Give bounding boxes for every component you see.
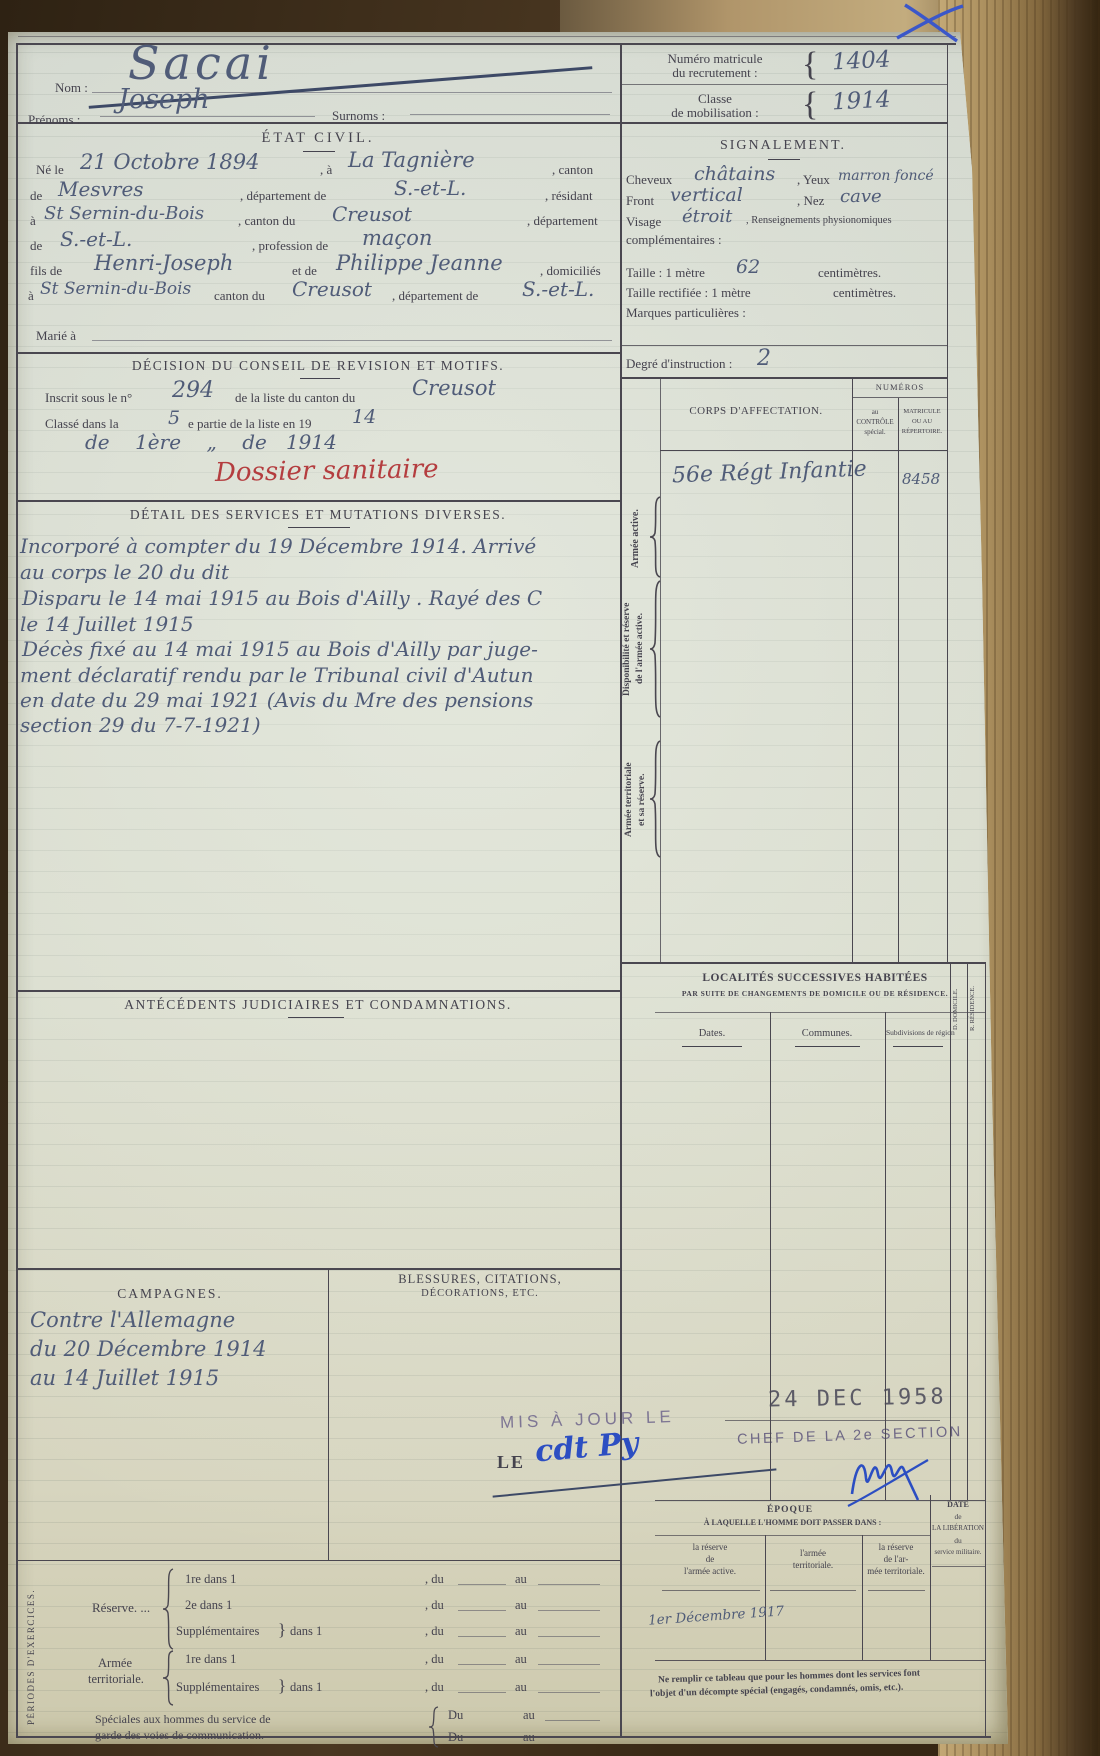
communes-underline	[795, 1046, 860, 1047]
antecedents-top-rule	[16, 990, 620, 992]
corps-affectation-header: CORPS D'AFFECTATION.	[662, 405, 850, 417]
complementaires-label: complémentaires :	[626, 232, 722, 248]
corps-table-top-rule	[621, 377, 947, 379]
epoque-date-divider	[930, 1495, 931, 1660]
speciales-row-1-au: au	[523, 1708, 535, 1723]
epoque-date-header-5: service militaire.	[932, 1548, 984, 1556]
localites-col-divider-3	[950, 962, 951, 1500]
prenoms-baseline	[100, 116, 315, 117]
birth-place-value: La Tagnière	[348, 148, 475, 172]
localites-title: LOCALITÉS SUCCESSIVES HABITÉES	[660, 972, 970, 984]
reserve-brace	[162, 1568, 175, 1650]
au-baseline	[538, 1636, 600, 1637]
marques-label: Marques particulières :	[626, 305, 746, 321]
antecedents-underline	[288, 1017, 344, 1018]
yeux-label: , Yeux	[797, 172, 830, 188]
territoriale-group-brace	[162, 1650, 175, 1706]
numeros-header-rule	[852, 397, 947, 398]
numeros-header: NUMÉROS	[854, 382, 946, 392]
territoriale-brace	[648, 740, 662, 858]
services-line: ment déclaratif rendu par le Tribunal ci…	[20, 663, 533, 687]
reserve-row-1: 1re dans 1	[185, 1572, 236, 1587]
epoque-col2-rule	[770, 1590, 856, 1591]
etat-civil-underline	[303, 151, 335, 152]
du-baseline	[458, 1636, 506, 1637]
epoque-col3-l2: de l'ar-	[864, 1554, 928, 1564]
disponibilite-rot-label-2: de l'armée active.	[635, 575, 645, 723]
campagnes-top-rule	[16, 1268, 620, 1270]
reserve-row-3-brace: }	[278, 1620, 286, 1640]
departement-label-2: , département	[527, 213, 598, 229]
residence-departement-value: S.-et-L.	[60, 227, 132, 251]
classe-value: 1914	[831, 86, 891, 115]
du-baseline	[458, 1692, 506, 1693]
epoque-date-header-4: du	[932, 1536, 984, 1545]
corps-header-bottom-rule	[660, 450, 947, 451]
decision-title: DÉCISION DU CONSEIL DE REVISION ET MOTIF…	[38, 358, 598, 374]
cheveux-label: Cheveux	[626, 172, 672, 188]
reserve-group-label: Réserve. ...	[92, 1600, 150, 1616]
domicile-rot-label: D. DOMICILE.	[952, 966, 959, 1052]
blessures-title-2: DÉCORATIONS, ETC.	[350, 1288, 610, 1299]
au-baseline	[538, 1692, 600, 1693]
epoque-date-header-1: DATE	[932, 1500, 984, 1509]
departement-parents-value: S.-et-L.	[522, 277, 594, 301]
campagnes-blessures-divider	[328, 1268, 329, 1560]
fils-de-label: fils de	[30, 263, 62, 279]
classe-annee-value: 14	[352, 406, 376, 428]
inscrit-canton-value: Creusot	[412, 376, 496, 400]
epoque-col3-rule	[868, 1590, 925, 1591]
au-baseline	[538, 1610, 600, 1611]
territoriale-row-1: 1re dans 1	[185, 1652, 236, 1667]
nom-label: Nom :	[55, 80, 88, 96]
services-underline	[288, 527, 350, 528]
localites-header-rule	[655, 1012, 985, 1013]
antecedents-title: ANTÉCÉDENTS JUDICIAIRES ET CONDAMNATIONS…	[38, 997, 598, 1013]
speciales-row-2-du: Du	[448, 1730, 463, 1745]
surnoms-baseline	[410, 114, 610, 115]
a-label-2: à	[30, 213, 36, 229]
territoriale-row-2-au: au	[515, 1680, 527, 1695]
taille-label: Taille : 1 mètre	[626, 265, 705, 281]
reserve-row-2-du: , du	[425, 1598, 444, 1613]
epoque-col3-l1: la réserve	[864, 1542, 928, 1552]
speciales-row-1-du: Du	[448, 1708, 463, 1723]
armee-active-brace	[648, 496, 662, 578]
disponibilite-brace	[648, 580, 662, 718]
centimetres-label-2: centimètres.	[833, 285, 896, 301]
epoque-col-divider-2	[862, 1535, 863, 1660]
inscrit-numero-value: 294	[172, 378, 214, 403]
degre-value: 2	[757, 346, 771, 371]
numeros-split-divider	[898, 398, 899, 962]
a-label-1: , à	[320, 162, 332, 178]
territoriale-row-2-du: , du	[425, 1680, 444, 1695]
nez-value: cave	[840, 186, 882, 207]
du-baseline	[458, 1664, 506, 1665]
au-baseline	[545, 1720, 600, 1721]
localites-col-divider-1	[770, 1012, 771, 1500]
le-label: LE	[497, 1452, 525, 1473]
classe-partie-value: 5	[168, 407, 180, 429]
territoriale-group-label-2: territoriale.	[88, 1672, 144, 1687]
domicile-parents-value: St Sernin-du-Bois	[40, 279, 191, 299]
matricule-brace: {	[802, 46, 818, 84]
territoriale-row-1-au: au	[515, 1652, 527, 1667]
epoque-header-top-rule	[655, 1535, 930, 1536]
ne-le-label: Né le	[36, 162, 64, 178]
canton-parents-value: Creusot	[292, 277, 372, 301]
inscrit-suite-label: de la liste du canton du	[235, 390, 355, 406]
epoque-col1-l2: de	[660, 1554, 760, 1564]
au-baseline	[538, 1584, 600, 1585]
territoriale-row-2: Supplémentaires	[176, 1680, 259, 1695]
epoque-bottom-rule	[655, 1660, 985, 1661]
territoriale-group-label-1: Armée	[98, 1656, 132, 1671]
classe-label-2: de mobilisation :	[630, 105, 800, 121]
campagnes-line: du 20 Décembre 1914	[30, 1337, 266, 1361]
territoriale-rot-label-1: Armée territoriale	[624, 735, 634, 865]
armee-active-rot-label: Armée active.	[630, 494, 641, 584]
epoque-col1-l3: l'armée active.	[660, 1566, 760, 1576]
epoque-col-divider-1	[765, 1535, 766, 1660]
corps-entry-matricule: 8458	[902, 470, 940, 488]
services-line: Disparu le 14 mai 1915 au Bois d'Ailly .…	[22, 586, 542, 610]
matricule-col-header-1: MATRICULE	[899, 408, 945, 415]
de-label-2: de	[30, 238, 42, 254]
services-line: en date du 29 mai 1921 (Avis du Mre des …	[20, 688, 533, 712]
epoque-title-2: À LAQUELLE L'HOMME DOIT PASSER DANS :	[660, 1518, 925, 1527]
controle-col-header-3: spécial.	[854, 428, 896, 436]
canton-label-3: canton du	[214, 288, 265, 304]
cheveux-value: châtains	[694, 163, 775, 185]
nez-label: , Nez	[797, 193, 824, 209]
residence-value: St Sernin-du-Bois	[44, 203, 204, 224]
reserve-row-2: 2e dans 1	[185, 1598, 232, 1613]
territoriale-row-2-brace: }	[278, 1676, 286, 1696]
blue-signature	[838, 1438, 934, 1516]
marie-a-label: Marié à	[36, 328, 76, 344]
dates-underline	[682, 1046, 742, 1047]
matricule-value: 1404	[831, 46, 891, 75]
blessures-title: BLESSURES, CITATIONS,	[350, 1272, 610, 1287]
matricule-label-2: du recrutement :	[630, 65, 800, 81]
campagnes-line: Contre l'Allemagne	[30, 1308, 235, 1332]
du-baseline	[458, 1584, 506, 1585]
services-line: au corps le 20 du dit	[20, 560, 229, 584]
front-label: Front	[626, 193, 654, 209]
mere-value: Philippe Jeanne	[336, 251, 503, 275]
de-label-1: de	[30, 188, 42, 204]
services-line: Incorporé à compter du 19 Décembre 1914.…	[20, 534, 536, 558]
matricule-col-header-2: OU AU	[899, 418, 945, 425]
services-title: DÉTAIL DES SERVICES ET MUTATIONS DIVERSE…	[38, 507, 598, 523]
degre-top-rule	[621, 345, 947, 346]
epoque-date-header-rule	[932, 1566, 985, 1567]
date-stamp: 24 DEC 1958	[768, 1384, 947, 1412]
right-border-lower	[985, 962, 986, 1738]
visage-value: étroit	[682, 206, 732, 227]
services-line: section 29 du 7-7-1921)	[20, 713, 261, 737]
campagnes-title: CAMPAGNES.	[60, 1286, 280, 1302]
degre-label: Degré d'instruction :	[626, 356, 732, 372]
reserve-row-3-au: au	[515, 1624, 527, 1639]
epoque-col1-l1: la réserve	[660, 1542, 760, 1552]
localites-col-divider-4	[967, 962, 968, 1500]
epoque-col2-l1: l'armée	[768, 1548, 858, 1558]
right-border-upper	[947, 43, 948, 963]
localites-col-dates: Dates.	[672, 1028, 752, 1039]
birth-departement-value: S.-et-L.	[394, 176, 466, 200]
mis-a-jour-rule	[725, 1420, 940, 1421]
taille-value: 62	[736, 256, 760, 278]
nom-value: Sacai	[128, 36, 275, 90]
matricule-classe-divider	[622, 84, 947, 85]
signalement-underline	[768, 159, 800, 160]
periodes-side-label: PÉRIODES D'EXERCICES.	[26, 1576, 36, 1738]
residence-rot-label: R. RÉSIDENCE.	[969, 966, 976, 1052]
residence-canton-value: Creusot	[332, 202, 412, 226]
marie-a-baseline	[92, 340, 612, 341]
epoque-col3-l3: mée territoriale.	[864, 1566, 928, 1576]
localites-col-subdivisions: Subdivisions de région	[886, 1028, 949, 1037]
taille-rectifiee-label: Taille rectifiée : 1 mètre	[626, 285, 751, 301]
speciales-label-1: Spéciales aux hommes du service de	[95, 1712, 271, 1727]
prenoms-value: Joseph	[118, 84, 210, 115]
campagnes-line: au 14 Juillet 1915	[30, 1366, 219, 1390]
profession-value: maçon	[362, 226, 432, 250]
canton-label-1: , canton	[552, 162, 593, 178]
epoque-col2-l2: territoriale.	[768, 1560, 858, 1570]
reserve-row-1-au: au	[515, 1572, 527, 1587]
epoque-date-header-2: de	[932, 1512, 984, 1521]
matricule-col-header-3: RÉPERTOIRE.	[899, 428, 945, 435]
blue-x-mark	[893, 2, 967, 44]
yeux-value: marron foncé	[838, 168, 934, 184]
au-baseline	[538, 1664, 600, 1665]
inscrit-label: Inscrit sous le n°	[45, 390, 132, 406]
reserve-row-3: Supplémentaires	[176, 1624, 259, 1639]
visage-label: Visage	[626, 214, 661, 230]
localites-top-rule	[621, 962, 985, 964]
prenoms-label: Prénoms :	[28, 112, 80, 128]
registration-card-photo: Nom : Sacai Prénoms : Joseph Surnoms : N…	[0, 0, 1100, 1756]
centimetres-label-1: centimètres.	[818, 265, 881, 281]
dossier-sanitaire-mention: Dossier sanitaire	[215, 454, 439, 488]
pere-value: Henri-Joseph	[94, 251, 233, 275]
classe-brace: {	[802, 86, 818, 124]
localites-col-communes: Communes.	[782, 1028, 872, 1039]
territoriale-row-2-dans: dans 1	[290, 1680, 322, 1695]
subdivisions-underline	[893, 1046, 943, 1047]
reserve-row-3-du: , du	[425, 1624, 444, 1639]
localites-subtitle: PAR SUITE DE CHANGEMENTS DE DOMICILE OU …	[660, 989, 970, 998]
a-label-3: à	[28, 288, 34, 304]
renseignements-label: , Renseignements physionomiques	[746, 215, 892, 226]
reserve-row-2-au: au	[515, 1598, 527, 1613]
territoriale-row-1-du: , du	[425, 1652, 444, 1667]
speciales-row-2-au: au	[523, 1730, 535, 1745]
disponibilite-rot-label-1: Disponibilité et réserve	[622, 575, 632, 723]
surnoms-label: Surnoms :	[332, 108, 385, 124]
epoque-col1-rule	[662, 1590, 760, 1591]
decision-underline	[300, 378, 340, 379]
decision-bottom-rule	[16, 500, 620, 502]
left-border	[16, 43, 18, 1738]
territoriale-rot-label-2: et sa réserve.	[637, 735, 647, 865]
birth-date-value: 21 Octobre 1894	[80, 150, 259, 174]
reserve-row-1-du: , du	[425, 1572, 444, 1587]
residant-label: , résidant	[545, 188, 593, 204]
profession-label: , profession de	[252, 238, 328, 254]
controle-col-header-2: CONTRÔLE	[854, 418, 896, 426]
departement-label-1: , département de	[240, 188, 326, 204]
epoque-date-header-3: LA LIBÉRATION	[932, 1524, 984, 1532]
departement-label-3: , département de	[392, 288, 478, 304]
birth-canton-value: Mesvres	[58, 177, 144, 201]
campagnes-bottom-rule	[16, 1560, 620, 1561]
du-baseline	[458, 1610, 506, 1611]
speciales-brace	[428, 1706, 440, 1748]
etat-civil-title: ÉTAT CIVIL.	[168, 130, 468, 147]
decision-ligne-3: de 1ère „ de 1914	[85, 430, 337, 454]
speciales-label-2: garde des voies de communication.	[95, 1728, 264, 1743]
etat-civil-bottom-rule	[16, 352, 620, 354]
controle-col-header-1: au	[854, 408, 896, 416]
signalement-title: SIGNALEMENT.	[633, 138, 933, 154]
localites-col-divider-2	[885, 1012, 886, 1500]
canton-label-2: , canton du	[238, 213, 295, 229]
front-value: vertical	[670, 184, 743, 206]
services-line: le 14 Juillet 1915	[20, 612, 194, 636]
reserve-row-3-dans: dans 1	[290, 1624, 322, 1639]
services-line: Décès fixé au 14 mai 1915 au Bois d'Aill…	[22, 637, 538, 661]
